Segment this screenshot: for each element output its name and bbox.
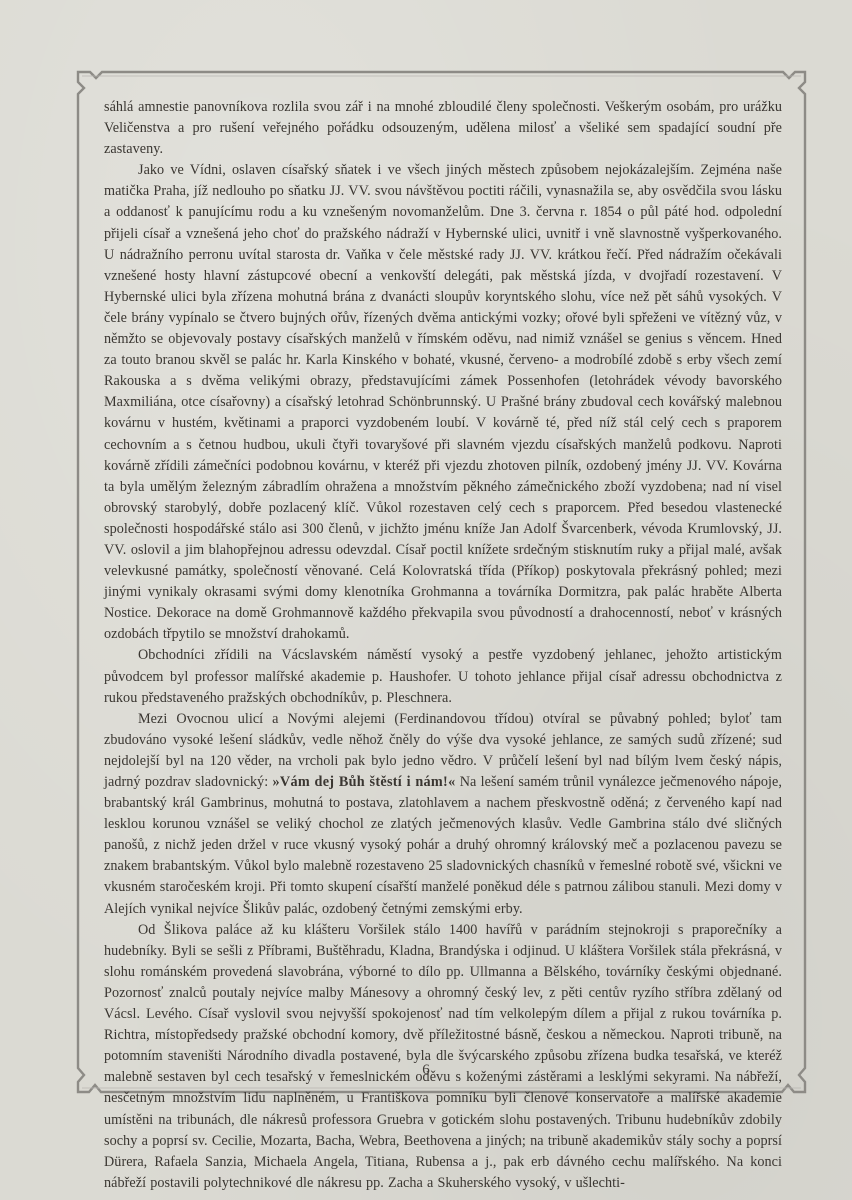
paragraph-merchants-obelisk: Obchodníci zřídili na Vácslavském náměst… bbox=[104, 645, 782, 708]
paragraph-continuation: sáhlá amnestie panovníkova rozlila svou … bbox=[104, 97, 782, 160]
body-text: sáhlá amnestie panovníkova rozlila svou … bbox=[104, 97, 782, 1194]
paragraph-brewers-scaffold: Mezi Ovocnou ulicí a Novými alejemi (Fer… bbox=[104, 709, 782, 920]
page-number: 6 bbox=[0, 1062, 852, 1079]
brewers-greeting-emphasis: »Vám dej Bůh štěstí i nám!« bbox=[273, 774, 456, 790]
paragraph-text-after: Na lešení samém trůnil vynálezce ječmeno… bbox=[104, 774, 782, 917]
paragraph-prague-reception: Jako ve Vídni, oslaven císařský sňatek i… bbox=[104, 160, 782, 645]
paragraph-miners-and-tribunes: Od Šlikova paláce až ku klášteru Voršile… bbox=[104, 920, 782, 1194]
